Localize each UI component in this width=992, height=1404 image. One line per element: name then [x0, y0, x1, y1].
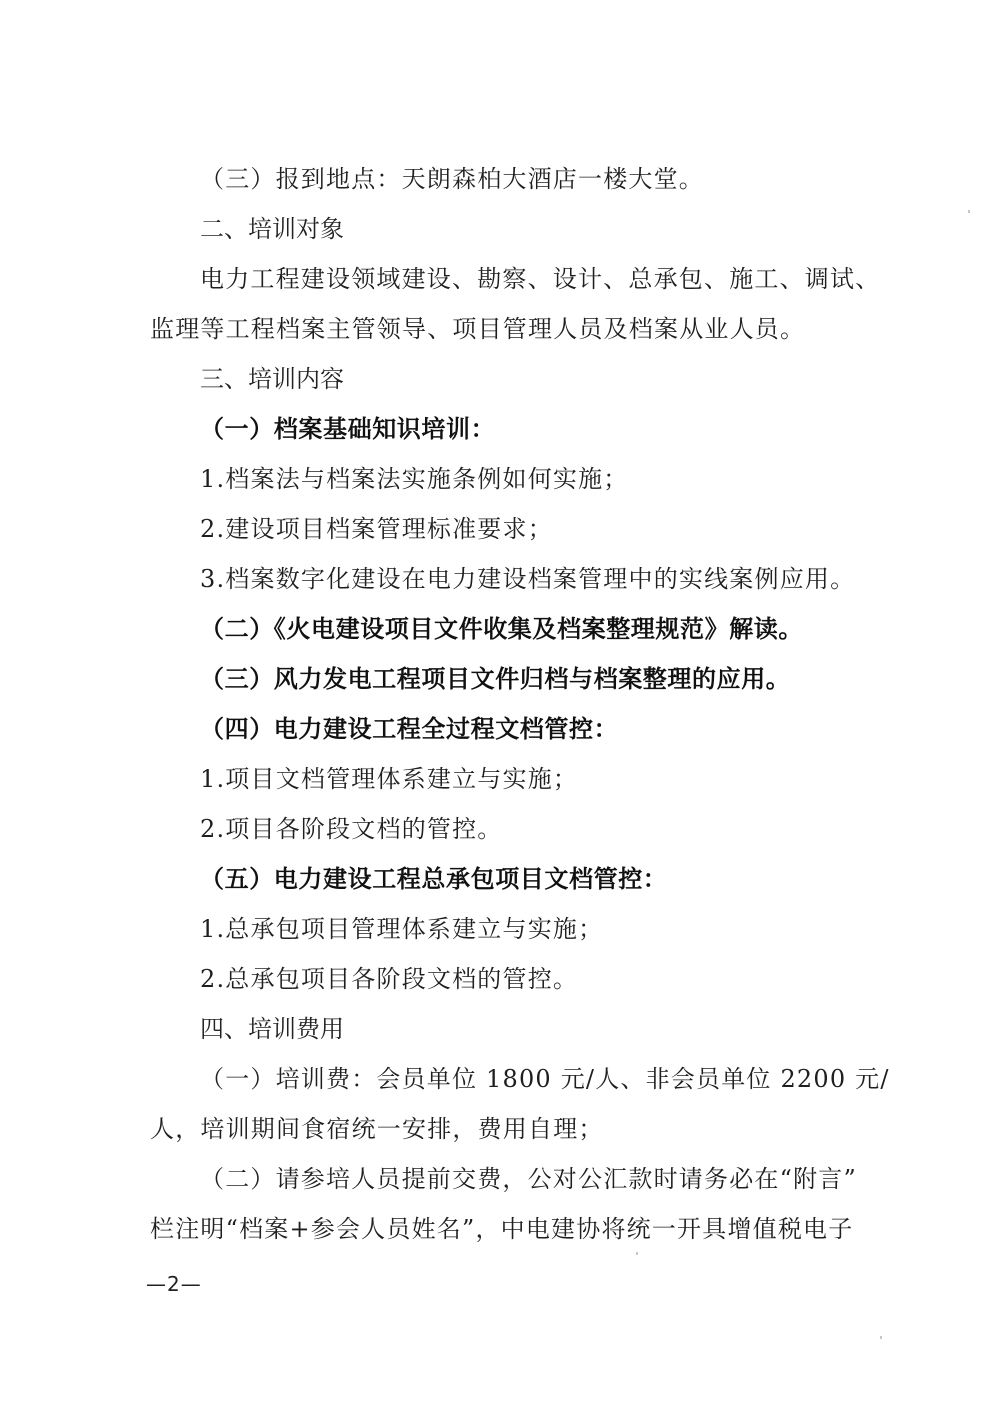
subsection-heading-wind-power: （三）风力发电工程项目文件归档与档案整理的应用。 — [200, 664, 910, 694]
list-item-archive-law: 1.档案法与档案法实施条例如何实施； — [200, 464, 910, 494]
section-heading-training-fees: 四、培训费用 — [200, 1014, 910, 1044]
section-heading-training-target: 二、培训对象 — [200, 214, 910, 244]
training-target-text-line-1: 电力工程建设领域建设、勘察、设计、总承包、施工、调试、 — [200, 264, 910, 294]
scan-speck — [636, 1252, 638, 1255]
page-number: —2— — [146, 1272, 202, 1296]
list-item-project-standards: 2.建设项目档案管理标准要求； — [200, 514, 910, 544]
subsection-heading-archive-basics: （一）档案基础知识培训： — [200, 414, 910, 444]
list-item-stage-control: 2.项目各阶段文档的管控。 — [200, 814, 910, 844]
scan-speck — [880, 1336, 882, 1339]
section-heading-training-content: 三、培训内容 — [200, 364, 910, 394]
list-item-epc-system: 1.总承包项目管理体系建立与实施； — [200, 914, 910, 944]
payment-text-line-2: 栏注明“档案+参会人员姓名”，中电建协将统一开具增值税电子 — [150, 1214, 860, 1244]
fee-text-line-2: 人，培训期间食宿统一安排，费用自理； — [150, 1114, 860, 1144]
document-page: （三）报到地点：天朗森柏大酒店一楼大堂。 二、培训对象 电力工程建设领域建设、勘… — [0, 0, 992, 1404]
fee-text-line-1: （一）培训费：会员单位 1800 元/人、非会员单位 2200 元/ — [200, 1064, 910, 1094]
list-item-digitization: 3.档案数字化建设在电力建设档案管理中的实线案例应用。 — [200, 564, 910, 594]
subsection-heading-epc-control: （五）电力建设工程总承包项目文档管控： — [200, 864, 910, 894]
subsection-heading-thermal-power-spec: （二）《火电建设项目文件收集及档案整理规范》解读。 — [200, 614, 910, 644]
list-item-epc-stage-control: 2.总承包项目各阶段文档的管控。 — [200, 964, 910, 994]
payment-text-line-1: （二）请参培人员提前交费，公对公汇款时请务必在“附言” — [200, 1164, 910, 1194]
training-target-text-line-2: 监理等工程档案主管领导、项目管理人员及档案从业人员。 — [150, 314, 860, 344]
scan-speck — [968, 210, 970, 213]
report-location-line: （三）报到地点：天朗森柏大酒店一楼大堂。 — [200, 164, 910, 194]
subsection-heading-full-process-control: （四）电力建设工程全过程文档管控： — [200, 714, 910, 744]
list-item-doc-system: 1.项目文档管理体系建立与实施； — [200, 764, 910, 794]
